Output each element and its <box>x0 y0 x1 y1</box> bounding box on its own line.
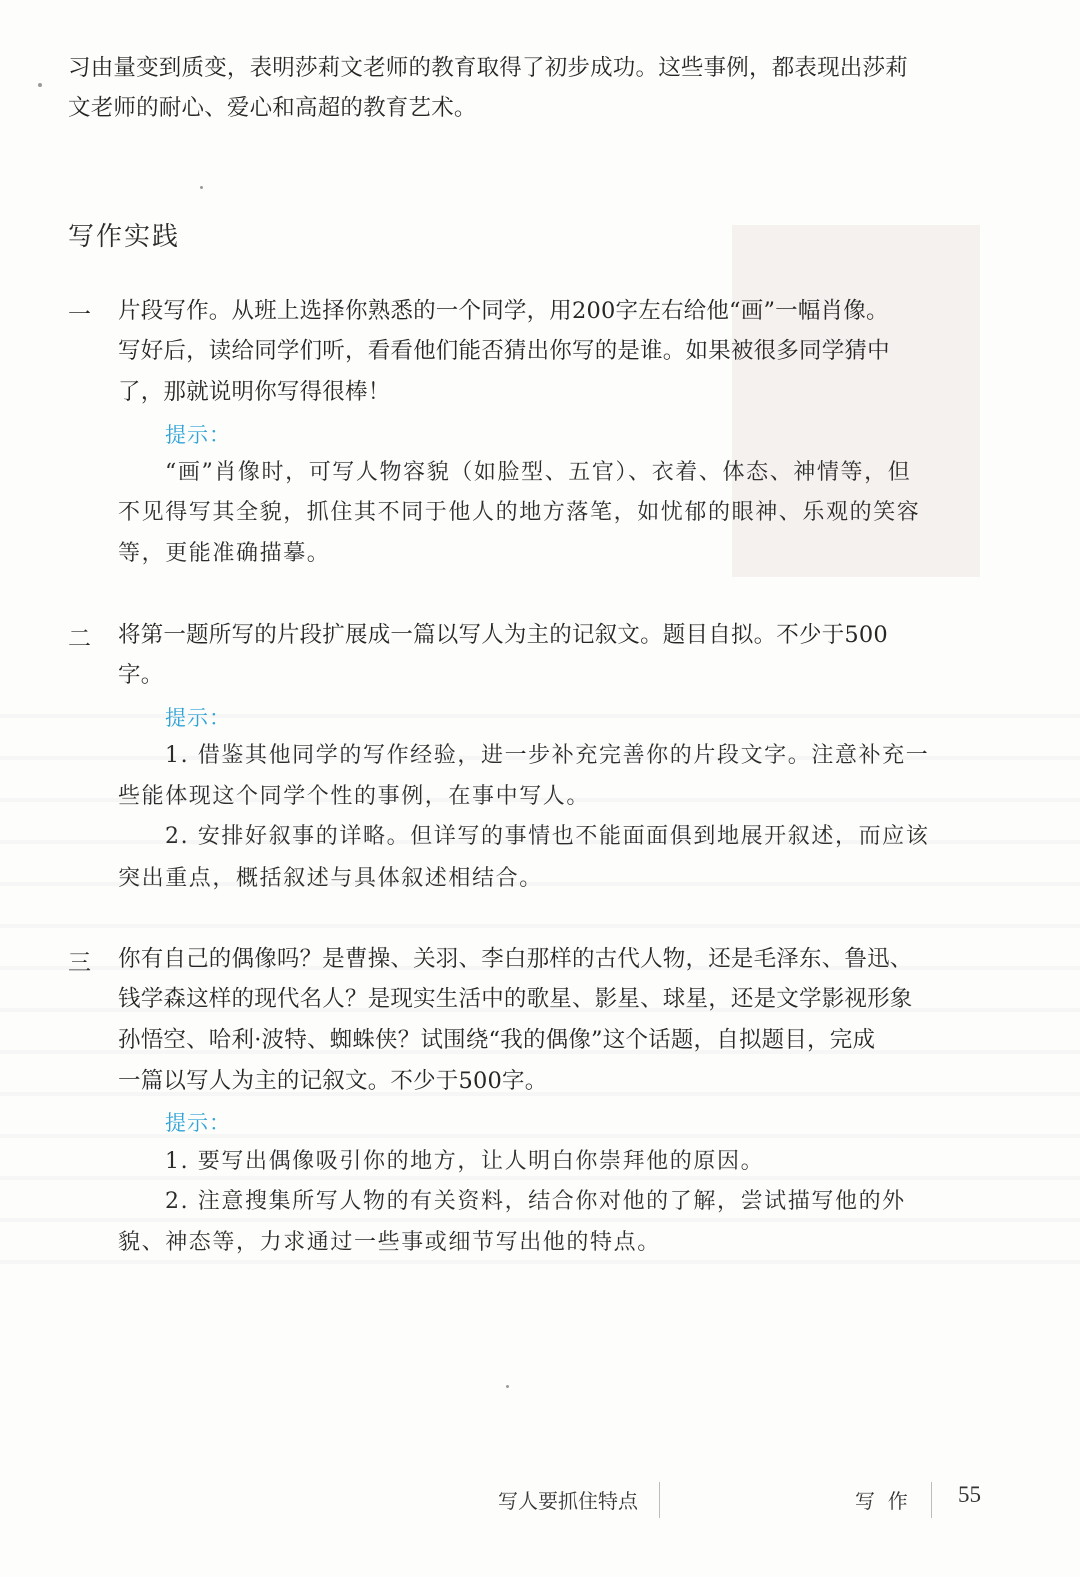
hint-label: 提示： <box>165 1107 231 1137</box>
exercise-prompt-line: 字。 <box>118 660 163 690</box>
hint-line: 2. 安排好叙事的详略。但详写的事情也不能面面俱到地展开叙述，而应该 <box>165 822 929 852</box>
footer-chapter-title: 写人要抓住特点 <box>498 1485 638 1514</box>
section-title: 写作实践 <box>68 216 180 253</box>
hint-line: “画”肖像时，可写人物容貌（如脸型、五官）、衣着、体态、神情等，但 <box>165 458 911 488</box>
exercise-number: 三 <box>68 944 91 977</box>
exercise-prompt-line: 一篇以写人为主的记叙文。不少于500字。 <box>118 1066 547 1096</box>
footer-divider <box>659 1482 660 1518</box>
hint-line: 1. 要写出偶像吸引你的地方，让人明白你崇拜他的原因。 <box>165 1147 764 1177</box>
hint-line: 等，更能准确描摹。 <box>118 539 330 569</box>
hint-line: 貌、神态等，力求通过一些事或细节写出他的特点。 <box>118 1228 661 1258</box>
hint-line: 1. 借鉴其他同学的写作经验，进一步补充完善你的片段文字。注意补充一 <box>165 741 929 771</box>
exercise-prompt-line: 钱学森这样的现代名人？是现实生活中的歌星、影星、球星，还是文学影视形象 <box>118 984 913 1014</box>
exercise-prompt-line: 将第一题所写的片段扩展成一篇以写人为主的记叙文。题目自拟。不少于500 <box>118 620 888 650</box>
footer-section: 写 作 <box>855 1485 908 1514</box>
hint-line: 些能体现这个同学个性的事例，在事中写人。 <box>118 782 590 812</box>
paper-speck <box>506 1385 509 1388</box>
exercise-prompt-line: 了，那就说明你写得很棒！ <box>118 377 390 407</box>
exercise-prompt-line: 写好后，读给同学们听，看看他们能否猜出你写的是谁。如果被很多同学猜中 <box>118 336 890 366</box>
hint-line: 突出重点，概括叙述与具体叙述相结合。 <box>118 864 543 894</box>
page-number: 55 <box>958 1482 981 1508</box>
exercise-prompt-line: 孙悟空、哈利·波特、蜘蛛侠？试围绕“我的偶像”这个话题，自拟题目，完成 <box>118 1025 875 1055</box>
paragraph-line: 文老师的耐心、爱心和高超的教育艺术。 <box>68 93 477 123</box>
paragraph-line: 习由量变到质变，表明莎莉文老师的教育取得了初步成功。这些事例，都表现出莎莉 <box>68 53 908 83</box>
hint-label: 提示： <box>165 702 231 732</box>
hint-line: 不见得写其全貌，抓住其不同于他人的地方落笔，如忧郁的眼神、乐观的笑容 <box>118 498 920 528</box>
exercise-number: 一 <box>68 296 91 329</box>
exercise-number: 二 <box>68 620 91 653</box>
paper-speck <box>38 83 42 87</box>
exercise-prompt-line: 片段写作。从班上选择你熟悉的一个同学，用200字左右给他“画”一幅肖像。 <box>118 296 889 326</box>
textbook-page: 习由量变到质变，表明莎莉文老师的教育取得了初步成功。这些事例，都表现出莎莉 文老… <box>0 0 1080 1577</box>
exercise-prompt-line: 你有自己的偶像吗？是曹操、关羽、李白那样的古代人物，还是毛泽东、鲁迅、 <box>118 944 913 974</box>
paper-speck <box>200 186 203 189</box>
hint-label: 提示： <box>165 419 231 449</box>
footer-divider <box>931 1482 932 1518</box>
hint-line: 2. 注意搜集所写人物的有关资料，结合你对他的了解，尝试描写他的外 <box>165 1187 906 1217</box>
